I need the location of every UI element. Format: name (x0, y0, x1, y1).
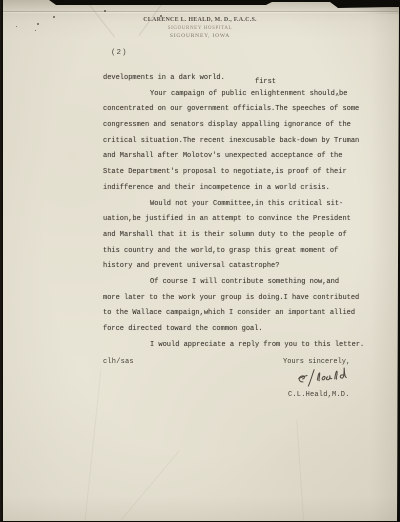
scan-background: CLARENCE L. HEALD, M. D., F.A.C.S. SIGOU… (0, 0, 400, 522)
corner-shadow (330, 0, 400, 14)
body-line: force directed toward the common goal. (103, 322, 373, 338)
body-line: Would not your Committee,in this critica… (103, 197, 373, 213)
page-number: (2) (111, 49, 128, 57)
letter-page: CLARENCE L. HEALD, M. D., F.A.C.S. SIGOU… (0, 0, 400, 522)
body-line: congressmen and senators display appalli… (103, 118, 373, 134)
body-line: indifference and their incompetence in a… (103, 181, 373, 197)
body-line: concentrated on our government officials… (103, 102, 373, 118)
body-lines: developments in a dark world.Your campai… (103, 71, 373, 353)
insertion-caret: ^ (335, 90, 339, 103)
crease-mark (296, 420, 305, 522)
letterhead-hospital: SIGOURNEY HOSPITAL (0, 26, 400, 31)
body-line: and Marshall that it is their solumn dut… (103, 228, 373, 244)
inserted-word: first (255, 78, 276, 86)
body-line: State Department's proposal to negotiate… (103, 165, 373, 181)
body-line: critical situation.The recent inexcusabl… (103, 134, 373, 150)
paper-speck (187, 2, 189, 4)
crease-mark (84, 370, 102, 522)
typist-initials: clh/sas (103, 358, 134, 366)
body-line: more later to the work your group is doi… (103, 291, 373, 307)
letterhead-city: SIGOURNEY, IOWA (0, 33, 400, 39)
body-line: uation,be justified in an attempt to con… (103, 212, 373, 228)
body-line: Your campaign of public enlightenment sh… (103, 87, 373, 103)
body-line: this country and the world,to grasp this… (103, 244, 373, 260)
crease-mark (121, 450, 180, 520)
letterhead: CLARENCE L. HEALD, M. D., F.A.C.S. SIGOU… (0, 17, 400, 39)
body-line: history and prevent universal catastroph… (103, 259, 373, 275)
body-line: I would appreciate a reply from you to t… (103, 338, 373, 354)
body-line: developments in a dark world. (103, 71, 373, 87)
paper-speck (104, 10, 106, 12)
signer-name: C.L.Heald,M.D. (288, 391, 350, 399)
body-line: Of course I will contribute something no… (103, 275, 373, 291)
body-line: and Marshall after Molotov's unexpected … (103, 149, 373, 165)
fold-crease-top (3, 11, 398, 12)
letterhead-name: CLARENCE L. HEALD, M. D., F.A.C.S. (0, 17, 400, 23)
body-line: to the Wallace campaign,which I consider… (103, 306, 373, 322)
